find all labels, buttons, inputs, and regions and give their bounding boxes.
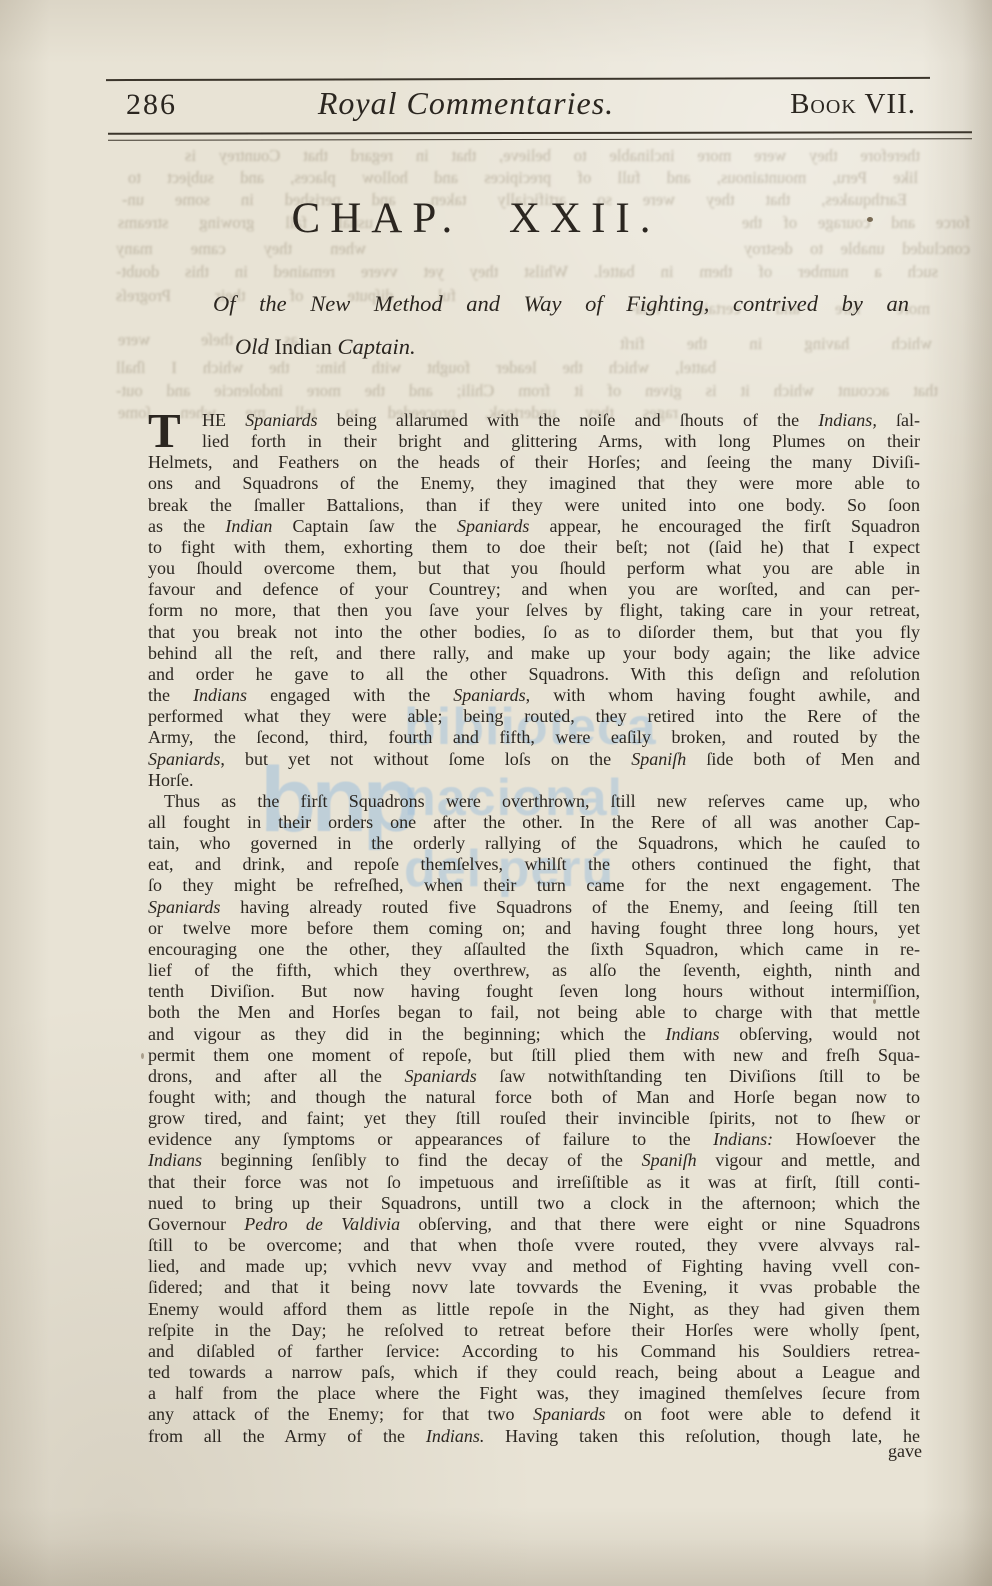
- text-segment: both the Men and Horſes began to fail, n…: [148, 1002, 920, 1022]
- text-line: Indians beginning ſenſibly to find the d…: [148, 1150, 920, 1171]
- catchword: gave: [888, 1441, 922, 1462]
- text-line: from all the Army of the Indians. Having…: [148, 1426, 920, 1447]
- text-segment: encouraging one the other, they aſſaulte…: [148, 939, 920, 959]
- text-segment: lied, and made up; vvhich nevv vvay and …: [148, 1256, 920, 1276]
- text-segment: engaged with the: [247, 685, 453, 705]
- text-segment: Indian: [274, 334, 337, 359]
- bleedthrough-text: that account which it is given of it fro…: [116, 381, 938, 401]
- text-segment: lief of the fifth, which they overthrew,…: [148, 960, 920, 980]
- text-line: any attack of the Enemy; for that two Sp…: [148, 1404, 920, 1425]
- text-line: lied, and made up; vvhich nevv vvay and …: [148, 1256, 920, 1277]
- text-segment: Spaniards: [148, 897, 220, 917]
- book-number: Book VII.: [790, 88, 916, 121]
- text-segment: , with whom having fought awhile, and: [526, 685, 920, 705]
- text-segment: ſide both of Men and: [686, 749, 920, 769]
- text-segment: Spaniſh: [642, 1150, 697, 1170]
- text-line: a half from the place where the Fight wa…: [148, 1383, 920, 1404]
- text-line: eat, and drink, and repoſe themſelves, w…: [148, 854, 920, 875]
- text-line: and order he gave to all the other Squad…: [148, 664, 920, 685]
- text-line: tenth Diviſion. But now having fought ſe…: [148, 981, 920, 1002]
- text-segment: being allarumed with the noiſe and ſhout…: [318, 410, 819, 430]
- text-segment: nued to bring up their Squadrons, untill…: [148, 1193, 920, 1213]
- text-line: tain, who governed in the orderly rallyi…: [148, 833, 920, 854]
- text-segment: HE: [202, 410, 245, 430]
- text-segment: Captain.: [337, 334, 415, 359]
- chapter-subtitle-line: Old Indian Captain.: [213, 325, 909, 368]
- paragraph: HE Spaniards being allarumed with the no…: [148, 410, 920, 791]
- text-segment: Army, the ſecond, third, fourth and fift…: [148, 727, 920, 747]
- text-line: reſpite in the Day; he reſolved to retre…: [148, 1320, 920, 1341]
- text-line: performed what they were able; being rou…: [148, 706, 920, 727]
- text-segment: Indians:: [713, 1129, 773, 1149]
- text-segment: Indians.: [426, 1426, 485, 1446]
- text-segment: tenth Diviſion. But now having fought ſe…: [148, 981, 920, 1001]
- text-line: lief of the fifth, which they overthrew,…: [148, 960, 920, 981]
- text-line: Thus as the firſt Squadrons were overthr…: [148, 791, 920, 812]
- body-text: T HE Spaniards being allarumed with the …: [148, 410, 920, 1447]
- text-segment: a half from the place where the Fight wa…: [148, 1383, 920, 1403]
- text-segment: vigour and mettle, and: [697, 1150, 920, 1170]
- text-segment: permit them one moment of repoſe, but ſt…: [148, 1045, 920, 1065]
- text-line: Horſe.: [148, 770, 920, 791]
- text-segment: that you break not into the other bodies…: [148, 622, 920, 642]
- text-segment: Having taken this reſolution, though lat…: [484, 1426, 920, 1446]
- ink-speck: [867, 217, 873, 222]
- text-line: and diſabled of farther ſervice: Accordi…: [148, 1341, 920, 1362]
- ink-speck: [141, 1053, 144, 1059]
- text-segment: ſo they might be refreſhed, when their t…: [148, 875, 920, 895]
- text-segment: Indians: [148, 1150, 202, 1170]
- text-line: and vigour as they did in the beginning;…: [148, 1024, 920, 1045]
- text-segment: favour and defence of your Countrey; and…: [148, 579, 920, 599]
- text-segment: ons and Squadrons of the Enemy, they ima…: [148, 473, 920, 493]
- text-segment: behind all the reſt, and there rally, an…: [148, 643, 920, 663]
- text-segment: reſpite in the Day; he reſolved to retre…: [148, 1320, 920, 1340]
- text-segment: having already routed five Squadrons of …: [220, 897, 920, 917]
- bleedthrough-text: like Peru, mountainous, and full of prec…: [128, 168, 918, 188]
- text-segment: beginning ſenſibly to find the decay of …: [202, 1150, 642, 1170]
- text-line: that their force was not ſo impetuous an…: [148, 1172, 920, 1193]
- text-line: Governour Pedro de Valdivia obſerving, a…: [148, 1214, 920, 1235]
- text-line: you ſhould overcome them, but that you ſ…: [148, 558, 920, 579]
- chapter-subtitle: Of the New Method and Way of Fighting, c…: [213, 282, 909, 368]
- text-segment: fought with; and though the natural forc…: [148, 1087, 920, 1107]
- text-segment: Howſoever the: [773, 1129, 920, 1149]
- text-line: encouraging one the other, they aſſaulte…: [148, 939, 920, 960]
- text-segment: evidence any ſymptoms or appearances of …: [148, 1129, 713, 1149]
- text-segment: form no more, that then you ſave your ſe…: [148, 600, 920, 620]
- text-line: the Indians engaged with the Spaniards, …: [148, 685, 920, 706]
- text-segment: performed what they were able; being rou…: [148, 706, 920, 726]
- text-line: Spaniards having already routed five Squ…: [148, 897, 920, 918]
- text-segment: Of the New Method and Way of Fighting, c…: [213, 291, 909, 316]
- text-line: or twelve more before them coming on; an…: [148, 918, 920, 939]
- bleedthrough-text: therefore they were more inclinable to b…: [185, 146, 920, 166]
- text-segment: all fought in their orders one after the…: [148, 812, 920, 832]
- text-segment: you ſhould overcome them, but that you ſ…: [148, 558, 920, 578]
- text-segment: that their force was not ſo impetuous an…: [148, 1172, 920, 1192]
- text-segment: ſaw notwithſtanding ten Diviſions ſtill …: [477, 1066, 920, 1086]
- chapter-heading: CHAP. XXII.: [0, 194, 952, 243]
- header-bottom-rule: [108, 131, 972, 141]
- text-segment: the: [148, 685, 193, 705]
- text-line: form no more, that then you ſave your ſe…: [148, 600, 920, 621]
- text-line: favour and defence of your Countrey; and…: [148, 579, 920, 600]
- text-segment: tain, who governed in the orderly rallyi…: [148, 833, 920, 853]
- text-segment: Helmets, and Feathers on the heads of th…: [148, 452, 920, 472]
- text-line: ſtill to be overcome; and that when thoſ…: [148, 1235, 920, 1256]
- text-segment: ſidered; and that it being novv late tov…: [148, 1277, 920, 1297]
- text-line: Helmets, and Feathers on the heads of th…: [148, 452, 920, 473]
- drop-cap: T: [148, 410, 181, 452]
- text-segment: Pedro de Valdivia: [244, 1214, 400, 1234]
- text-segment: Captain ſaw the: [272, 516, 457, 536]
- text-line: Enemy would afford them as little repoſe…: [148, 1299, 920, 1320]
- text-segment: Horſe.: [148, 770, 193, 790]
- text-line: both the Men and Horſes began to fail, n…: [148, 1002, 920, 1023]
- text-segment: any attack of the Enemy; for that two: [148, 1404, 533, 1424]
- text-line: Army, the ſecond, third, fourth and fift…: [148, 727, 920, 748]
- text-segment: Governour: [148, 1214, 244, 1234]
- text-line: ons and Squadrons of the Enemy, they ima…: [148, 473, 920, 494]
- text-segment: Spaniards: [533, 1404, 605, 1424]
- text-segment: drons, and after all the: [148, 1066, 404, 1086]
- text-segment: as the: [148, 516, 225, 536]
- text-segment: and vigour as they did in the beginning;…: [148, 1024, 666, 1044]
- text-segment: ſal-: [877, 410, 920, 430]
- text-segment: break the ſmaller Battalions, than if th…: [148, 495, 920, 515]
- text-segment: grow tired, and faint; yet they ſtill ro…: [148, 1108, 920, 1128]
- text-line: drons, and after all the Spaniards ſaw n…: [148, 1066, 920, 1087]
- text-line: ſidered; and that it being novv late tov…: [148, 1277, 920, 1298]
- text-segment: Indians: [193, 685, 247, 705]
- text-line: permit them one moment of repoſe, but ſt…: [148, 1045, 920, 1066]
- text-segment: to fight with them, exhorting them to do…: [148, 537, 920, 557]
- text-segment: on foot were able to defend it: [605, 1404, 920, 1424]
- text-segment: Enemy would afford them as little repoſe…: [148, 1299, 920, 1319]
- text-segment: from all the Army of the: [148, 1426, 426, 1446]
- text-segment: Indians: [666, 1024, 720, 1044]
- text-segment: and diſabled of farther ſervice: Accordi…: [148, 1341, 920, 1361]
- text-line: evidence any ſymptoms or appearances of …: [148, 1129, 920, 1150]
- text-segment: and order he gave to all the other Squad…: [148, 664, 920, 684]
- text-line: ſo they might be refreſhed, when their t…: [148, 875, 920, 896]
- text-segment: obſerving, and that there were eight or …: [400, 1214, 920, 1234]
- text-segment: Indians,: [818, 410, 877, 430]
- paragraph: Thus as the firſt Squadrons were overthr…: [148, 791, 920, 1447]
- text-segment: lied forth in their bright and glitterin…: [202, 431, 920, 451]
- text-line: nued to bring up their Squadrons, untill…: [148, 1193, 920, 1214]
- text-line: fought with; and though the natural forc…: [148, 1087, 920, 1108]
- text-line: grow tired, and faint; yet they ſtill ro…: [148, 1108, 920, 1129]
- bleedthrough-text: such a number of them in battel. Whilst …: [116, 262, 938, 282]
- text-line: to fight with them, exhorting them to do…: [148, 537, 920, 558]
- text-line: behind all the reſt, and there rally, an…: [148, 643, 920, 664]
- header-top-rule: [106, 77, 930, 81]
- text-line: Spaniards, but yet not without ſome loſs…: [148, 749, 920, 770]
- text-segment: ſtill to be overcome; and that when thoſ…: [148, 1235, 920, 1255]
- text-segment: appear, he encouraged the firſt Squadron: [529, 516, 920, 536]
- text-segment: Spaniſh: [631, 749, 686, 769]
- text-segment: Spaniards: [457, 516, 529, 536]
- text-segment: ted towards a narrow paſs, which if they…: [148, 1362, 920, 1382]
- text-segment: obſerving, would not: [720, 1024, 920, 1044]
- book-page-scan: therefore they were more inclinable to b…: [0, 0, 992, 1586]
- text-line: lied forth in their bright and glitterin…: [148, 431, 920, 452]
- text-line: that you break not into the other bodies…: [148, 622, 920, 643]
- text-line: all fought in their orders one after the…: [148, 812, 920, 833]
- text-segment: , but yet not without ſome loſs on the: [220, 749, 631, 769]
- text-segment: Spaniards: [453, 685, 525, 705]
- chapter-subtitle-line: Of the New Method and Way of Fighting, c…: [213, 282, 909, 325]
- text-line: break the ſmaller Battalions, than if th…: [148, 495, 920, 516]
- text-line: as the Indian Captain ſaw the Spaniards …: [148, 516, 920, 537]
- text-segment: Spaniards: [404, 1066, 476, 1086]
- text-segment: Old: [235, 334, 274, 359]
- text-segment: Spaniards: [148, 749, 220, 769]
- text-segment: Thus as the firſt Squadrons were overthr…: [164, 791, 920, 811]
- text-segment: Spaniards: [245, 410, 317, 430]
- text-segment: Indian: [225, 516, 272, 536]
- text-line: HE Spaniards being allarumed with the no…: [148, 410, 920, 431]
- text-segment: or twelve more before them coming on; an…: [148, 918, 920, 938]
- text-segment: eat, and drink, and repoſe themſelves, w…: [148, 854, 920, 874]
- text-line: ted towards a narrow paſs, which if they…: [148, 1362, 920, 1383]
